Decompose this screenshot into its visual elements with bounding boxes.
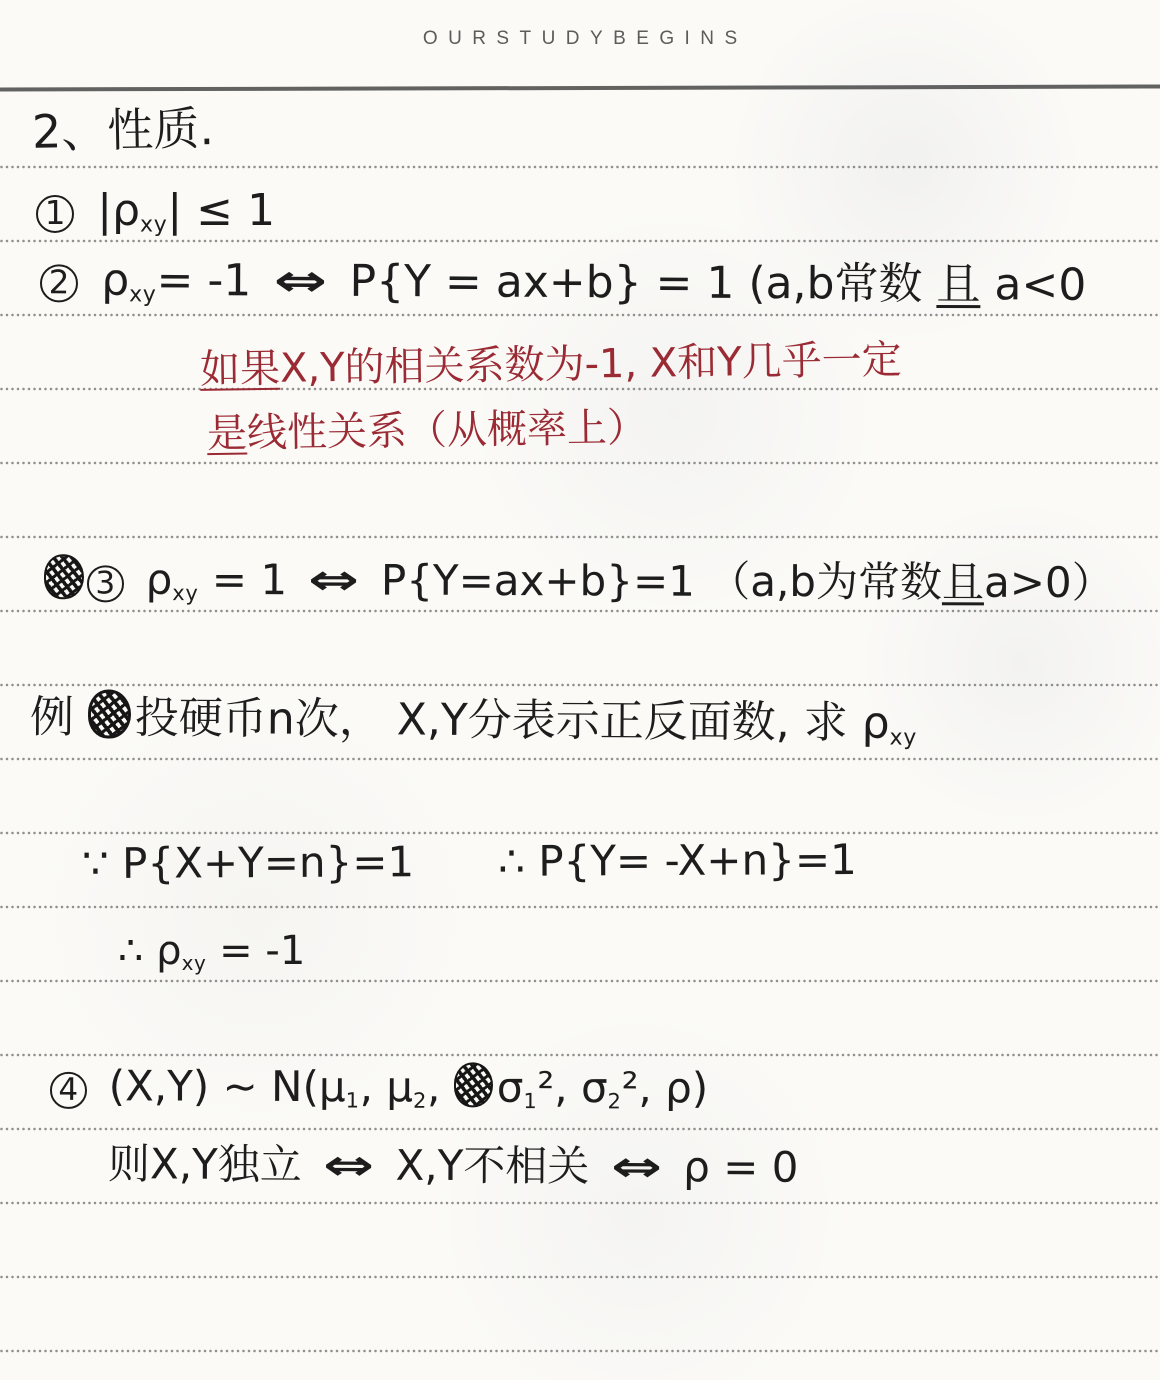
text-segment: 投硬币n次， X,Y分表示正反面数, 求 ρ xyxy=(135,693,890,749)
text-segment: ρ xyxy=(87,255,129,306)
note-red-remark-1: 如果X,Y的相关系数为-1, X和Y几乎一定 xyxy=(200,337,902,393)
text-segment: |ρ xyxy=(83,185,140,236)
text-segment: P{Y=ax+b}=1 （a,b为常数 xyxy=(367,556,942,607)
double-arrow: ⇔ xyxy=(308,556,359,604)
double-arrow: ⇔ xyxy=(323,1141,374,1190)
text-segment: ρ xyxy=(132,555,172,604)
text-segment: ∴ ρ xyxy=(118,928,182,974)
note-title: 2、性质. xyxy=(31,102,214,159)
note-example-therefore: ∴ ρxy = -1 xyxy=(118,928,305,975)
text-segment: a>0） xyxy=(984,558,1114,607)
top-rule-line xyxy=(0,84,1160,91)
text-segment: X,Y的相关系数为-1, X和Y几乎一定 xyxy=(280,337,902,392)
text-segment: 如果 xyxy=(200,346,281,393)
note-property-1: 1 |ρxy| ≤ 1 xyxy=(36,186,275,238)
text-segment: 1 xyxy=(346,1088,360,1112)
text-segment: 且 xyxy=(936,259,980,310)
text-segment: | ≤ 1 xyxy=(167,185,275,236)
scribble-mark xyxy=(44,554,84,599)
circled-number: 1 xyxy=(36,195,74,233)
text-segment: 是 xyxy=(207,411,248,458)
text-segment: a<0 xyxy=(980,259,1086,311)
text-segment: 1 xyxy=(523,1089,537,1113)
text-segment: 线性关系（从概率上） xyxy=(247,405,648,457)
text-segment: 2 xyxy=(608,1089,622,1113)
text-segment: 2、性质. xyxy=(31,101,214,159)
double-arrow: ⇔ xyxy=(611,1143,662,1192)
text-segment: = -1 xyxy=(156,255,265,307)
text-segment: ², σ xyxy=(537,1063,607,1112)
text-segment: σ xyxy=(497,1063,524,1112)
text-segment: 例 xyxy=(30,692,88,743)
text-segment: X,Y不相关 xyxy=(382,1141,603,1191)
text-segment: xy xyxy=(182,951,207,975)
text-segment: = 1 xyxy=(198,555,300,604)
text-segment: xy xyxy=(172,581,198,605)
scribble-mark xyxy=(454,1062,494,1107)
double-arrow: ⇔ xyxy=(274,256,328,307)
text-segment: ∵ P{X+Y=n}=1 ∴ P{Y= -X+n}=1 xyxy=(82,835,857,888)
note-property-4: 4 (X,Y) ~ N(μ1, μ2, σ1², σ2², ρ) xyxy=(50,1061,708,1114)
note-conclusion: 则X,Y独立 ⇔ X,Y不相关 ⇔ ρ = 0 xyxy=(108,1140,799,1192)
note-property-2: 2 ρxy= -1 ⇔ P{Y = ax+b} = 1 (a,b常数 且 a<0 xyxy=(40,255,1087,312)
header-stamp: OURSTUDYBEGINS xyxy=(0,28,1160,50)
text-segment: = -1 xyxy=(206,928,305,974)
text-segment: ², ρ) xyxy=(622,1063,709,1112)
circled-number: 4 xyxy=(50,1072,87,1109)
note-example: 例 投硬币n次， X,Y分表示正反面数, 求 ρxy xyxy=(30,689,917,751)
text-segment: ρ = 0 xyxy=(670,1142,799,1192)
text-segment: xy xyxy=(129,282,156,307)
text-segment: xy xyxy=(140,213,167,238)
scribble-mark xyxy=(88,689,132,738)
text-segment: 2 xyxy=(413,1089,427,1113)
text-segment: , μ xyxy=(360,1062,414,1111)
text-segment: , xyxy=(427,1062,454,1111)
note-example-because: ∵ P{X+Y=n}=1 ∴ P{Y= -X+n}=1 xyxy=(82,836,857,888)
text-segment: P{Y = ax+b} = 1 (a,b常数 xyxy=(335,256,936,310)
circled-number: 3 xyxy=(87,565,124,602)
note-red-remark-2: 是线性关系（从概率上） xyxy=(207,405,648,457)
text-segment: (X,Y) ~ N(μ xyxy=(95,1061,345,1111)
circled-number: 2 xyxy=(40,264,78,302)
text-segment: 则X,Y独立 xyxy=(108,1139,315,1189)
notebook-page: OURSTUDYBEGINS 2、性质. 1 |ρxy| ≤ 1 2 ρxy= … xyxy=(0,0,1160,1380)
text-segment: xy xyxy=(889,725,917,750)
note-property-3: 3 ρxy = 1 ⇔ P{Y=ax+b}=1 （a,b为常数且a>0） xyxy=(44,554,1114,608)
text-segment: 且 xyxy=(942,558,984,607)
